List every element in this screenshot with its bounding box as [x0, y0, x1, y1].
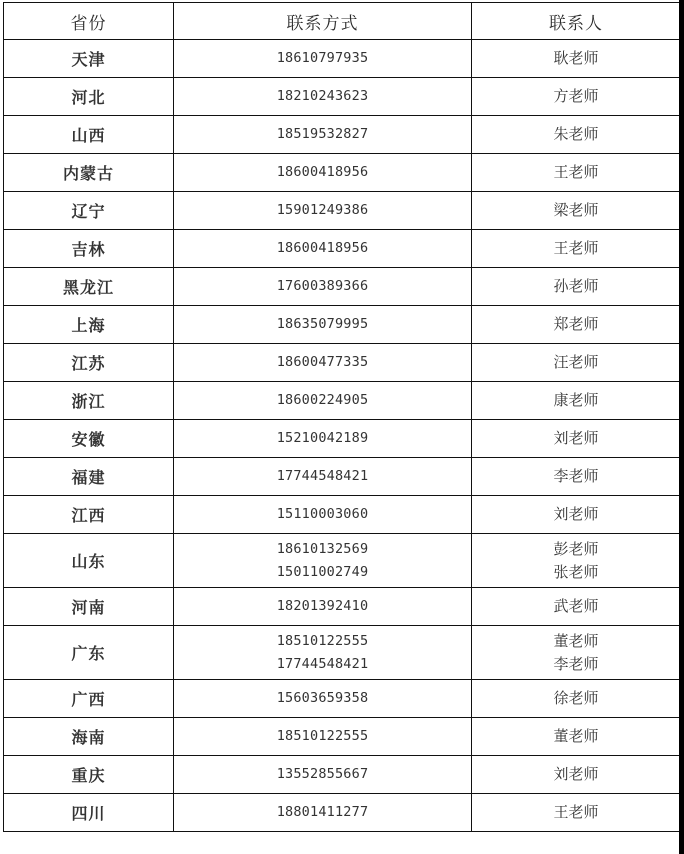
phone-cell: 18510122555 17744548421 — [174, 626, 472, 680]
table-row: 福建 17744548421 李老师 — [4, 458, 681, 496]
contact-name: 孙老师 — [472, 275, 680, 298]
province-cell: 辽宁 — [4, 192, 174, 230]
phone-number: 15901249386 — [174, 199, 471, 222]
contact-name: 王老师 — [472, 801, 680, 824]
table-row: 重庆 13552855667 刘老师 — [4, 756, 681, 794]
province-cell: 山西 — [4, 116, 174, 154]
phone-cell: 18519532827 — [174, 116, 472, 154]
table-row: 辽宁 15901249386 梁老师 — [4, 192, 681, 230]
province-cell: 浙江 — [4, 382, 174, 420]
phone-cell: 15603659358 — [174, 680, 472, 718]
phone-cell: 17744548421 — [174, 458, 472, 496]
contact-name: 董老师 — [472, 630, 680, 653]
phone-number: 18610797935 — [174, 47, 471, 70]
person-cell: 彭老师 张老师 — [472, 534, 681, 588]
phone-number: 17744548421 — [174, 653, 471, 676]
contact-name: 武老师 — [472, 595, 680, 618]
header-contact-person: 联系人 — [472, 3, 681, 40]
phone-number: 15603659358 — [174, 687, 471, 710]
phone-number: 18510122555 — [174, 725, 471, 748]
person-cell: 郑老师 — [472, 306, 681, 344]
phone-number: 18600477335 — [174, 351, 471, 374]
phone-number: 15110003060 — [174, 503, 471, 526]
table-row: 山西 18519532827 朱老师 — [4, 116, 681, 154]
phone-cell: 17600389366 — [174, 268, 472, 306]
phone-cell: 18600418956 — [174, 230, 472, 268]
table-row: 河南 18201392410 武老师 — [4, 588, 681, 626]
province-cell: 天津 — [4, 40, 174, 78]
phone-number: 18519532827 — [174, 123, 471, 146]
table-row: 广东 18510122555 17744548421 董老师 李老师 — [4, 626, 681, 680]
province-cell: 黑龙江 — [4, 268, 174, 306]
phone-cell: 18600418956 — [174, 154, 472, 192]
phone-cell: 18600224905 — [174, 382, 472, 420]
table-row: 吉林 18600418956 王老师 — [4, 230, 681, 268]
person-cell: 孙老师 — [472, 268, 681, 306]
province-cell: 福建 — [4, 458, 174, 496]
contact-name: 彭老师 — [472, 538, 680, 561]
province-cell: 广西 — [4, 680, 174, 718]
contact-name: 刘老师 — [472, 427, 680, 450]
phone-cell: 18600477335 — [174, 344, 472, 382]
table-row: 上海 18635079995 郑老师 — [4, 306, 681, 344]
header-contact-method: 联系方式 — [174, 3, 472, 40]
phone-number: 18610132569 — [174, 538, 471, 561]
province-cell: 上海 — [4, 306, 174, 344]
table-row: 广西 15603659358 徐老师 — [4, 680, 681, 718]
contact-name: 李老师 — [472, 653, 680, 676]
person-cell: 刘老师 — [472, 756, 681, 794]
phone-cell: 18635079995 — [174, 306, 472, 344]
person-cell: 康老师 — [472, 382, 681, 420]
person-cell: 方老师 — [472, 78, 681, 116]
person-cell: 李老师 — [472, 458, 681, 496]
table-row: 浙江 18600224905 康老师 — [4, 382, 681, 420]
phone-cell: 18210243623 — [174, 78, 472, 116]
contact-name: 方老师 — [472, 85, 680, 108]
person-cell: 王老师 — [472, 794, 681, 832]
phone-number: 18201392410 — [174, 595, 471, 618]
province-cell: 河北 — [4, 78, 174, 116]
person-cell: 梁老师 — [472, 192, 681, 230]
person-cell: 董老师 — [472, 718, 681, 756]
table-row: 四川 18801411277 王老师 — [4, 794, 681, 832]
contact-name: 耿老师 — [472, 47, 680, 70]
contact-name: 张老师 — [472, 561, 680, 584]
table-row: 河北 18210243623 方老师 — [4, 78, 681, 116]
table-row: 内蒙古 18600418956 王老师 — [4, 154, 681, 192]
table-row: 黑龙江 17600389366 孙老师 — [4, 268, 681, 306]
province-cell: 江西 — [4, 496, 174, 534]
province-cell: 内蒙古 — [4, 154, 174, 192]
page-right-border — [679, 0, 684, 854]
phone-cell: 18801411277 — [174, 794, 472, 832]
person-cell: 王老师 — [472, 230, 681, 268]
person-cell: 耿老师 — [472, 40, 681, 78]
phone-number: 18210243623 — [174, 85, 471, 108]
person-cell: 董老师 李老师 — [472, 626, 681, 680]
phone-number: 18600418956 — [174, 237, 471, 260]
contact-name: 汪老师 — [472, 351, 680, 374]
phone-number: 15210042189 — [174, 427, 471, 450]
table-row: 海南 18510122555 董老师 — [4, 718, 681, 756]
province-cell: 山东 — [4, 534, 174, 588]
contact-name: 刘老师 — [472, 763, 680, 786]
table-row: 天津 18610797935 耿老师 — [4, 40, 681, 78]
province-cell: 广东 — [4, 626, 174, 680]
phone-cell: 15110003060 — [174, 496, 472, 534]
phone-number: 17744548421 — [174, 465, 471, 488]
phone-cell: 18610132569 15011002749 — [174, 534, 472, 588]
table-header-row: 省份 联系方式 联系人 — [4, 3, 681, 40]
table-row: 山东 18610132569 15011002749 彭老师 张老师 — [4, 534, 681, 588]
contact-name: 刘老师 — [472, 503, 680, 526]
phone-number: 15011002749 — [174, 561, 471, 584]
contact-table: 省份 联系方式 联系人 天津 18610797935 耿老师 河北 182102… — [3, 2, 681, 832]
contact-name: 梁老师 — [472, 199, 680, 222]
phone-number: 18600224905 — [174, 389, 471, 412]
contact-name: 朱老师 — [472, 123, 680, 146]
phone-cell: 15210042189 — [174, 420, 472, 458]
table-row: 江苏 18600477335 汪老师 — [4, 344, 681, 382]
table-row: 安徽 15210042189 刘老师 — [4, 420, 681, 458]
phone-cell: 18610797935 — [174, 40, 472, 78]
contact-name: 徐老师 — [472, 687, 680, 710]
table-row: 江西 15110003060 刘老师 — [4, 496, 681, 534]
person-cell: 朱老师 — [472, 116, 681, 154]
contact-name: 康老师 — [472, 389, 680, 412]
phone-number: 18510122555 — [174, 630, 471, 653]
phone-cell: 13552855667 — [174, 756, 472, 794]
person-cell: 武老师 — [472, 588, 681, 626]
contact-name: 李老师 — [472, 465, 680, 488]
province-cell: 海南 — [4, 718, 174, 756]
phone-number: 17600389366 — [174, 275, 471, 298]
phone-cell: 18201392410 — [174, 588, 472, 626]
phone-number: 18635079995 — [174, 313, 471, 336]
contact-name: 王老师 — [472, 237, 680, 260]
phone-cell: 18510122555 — [174, 718, 472, 756]
province-cell: 江苏 — [4, 344, 174, 382]
province-cell: 重庆 — [4, 756, 174, 794]
contact-name: 郑老师 — [472, 313, 680, 336]
phone-number: 13552855667 — [174, 763, 471, 786]
phone-number: 18600418956 — [174, 161, 471, 184]
province-cell: 四川 — [4, 794, 174, 832]
province-cell: 安徽 — [4, 420, 174, 458]
phone-number: 18801411277 — [174, 801, 471, 824]
header-province: 省份 — [4, 3, 174, 40]
person-cell: 王老师 — [472, 154, 681, 192]
contact-name: 王老师 — [472, 161, 680, 184]
person-cell: 刘老师 — [472, 496, 681, 534]
person-cell: 汪老师 — [472, 344, 681, 382]
contact-name: 董老师 — [472, 725, 680, 748]
phone-cell: 15901249386 — [174, 192, 472, 230]
person-cell: 刘老师 — [472, 420, 681, 458]
contact-table-container: 省份 联系方式 联系人 天津 18610797935 耿老师 河北 182102… — [3, 2, 683, 832]
person-cell: 徐老师 — [472, 680, 681, 718]
province-cell: 吉林 — [4, 230, 174, 268]
province-cell: 河南 — [4, 588, 174, 626]
